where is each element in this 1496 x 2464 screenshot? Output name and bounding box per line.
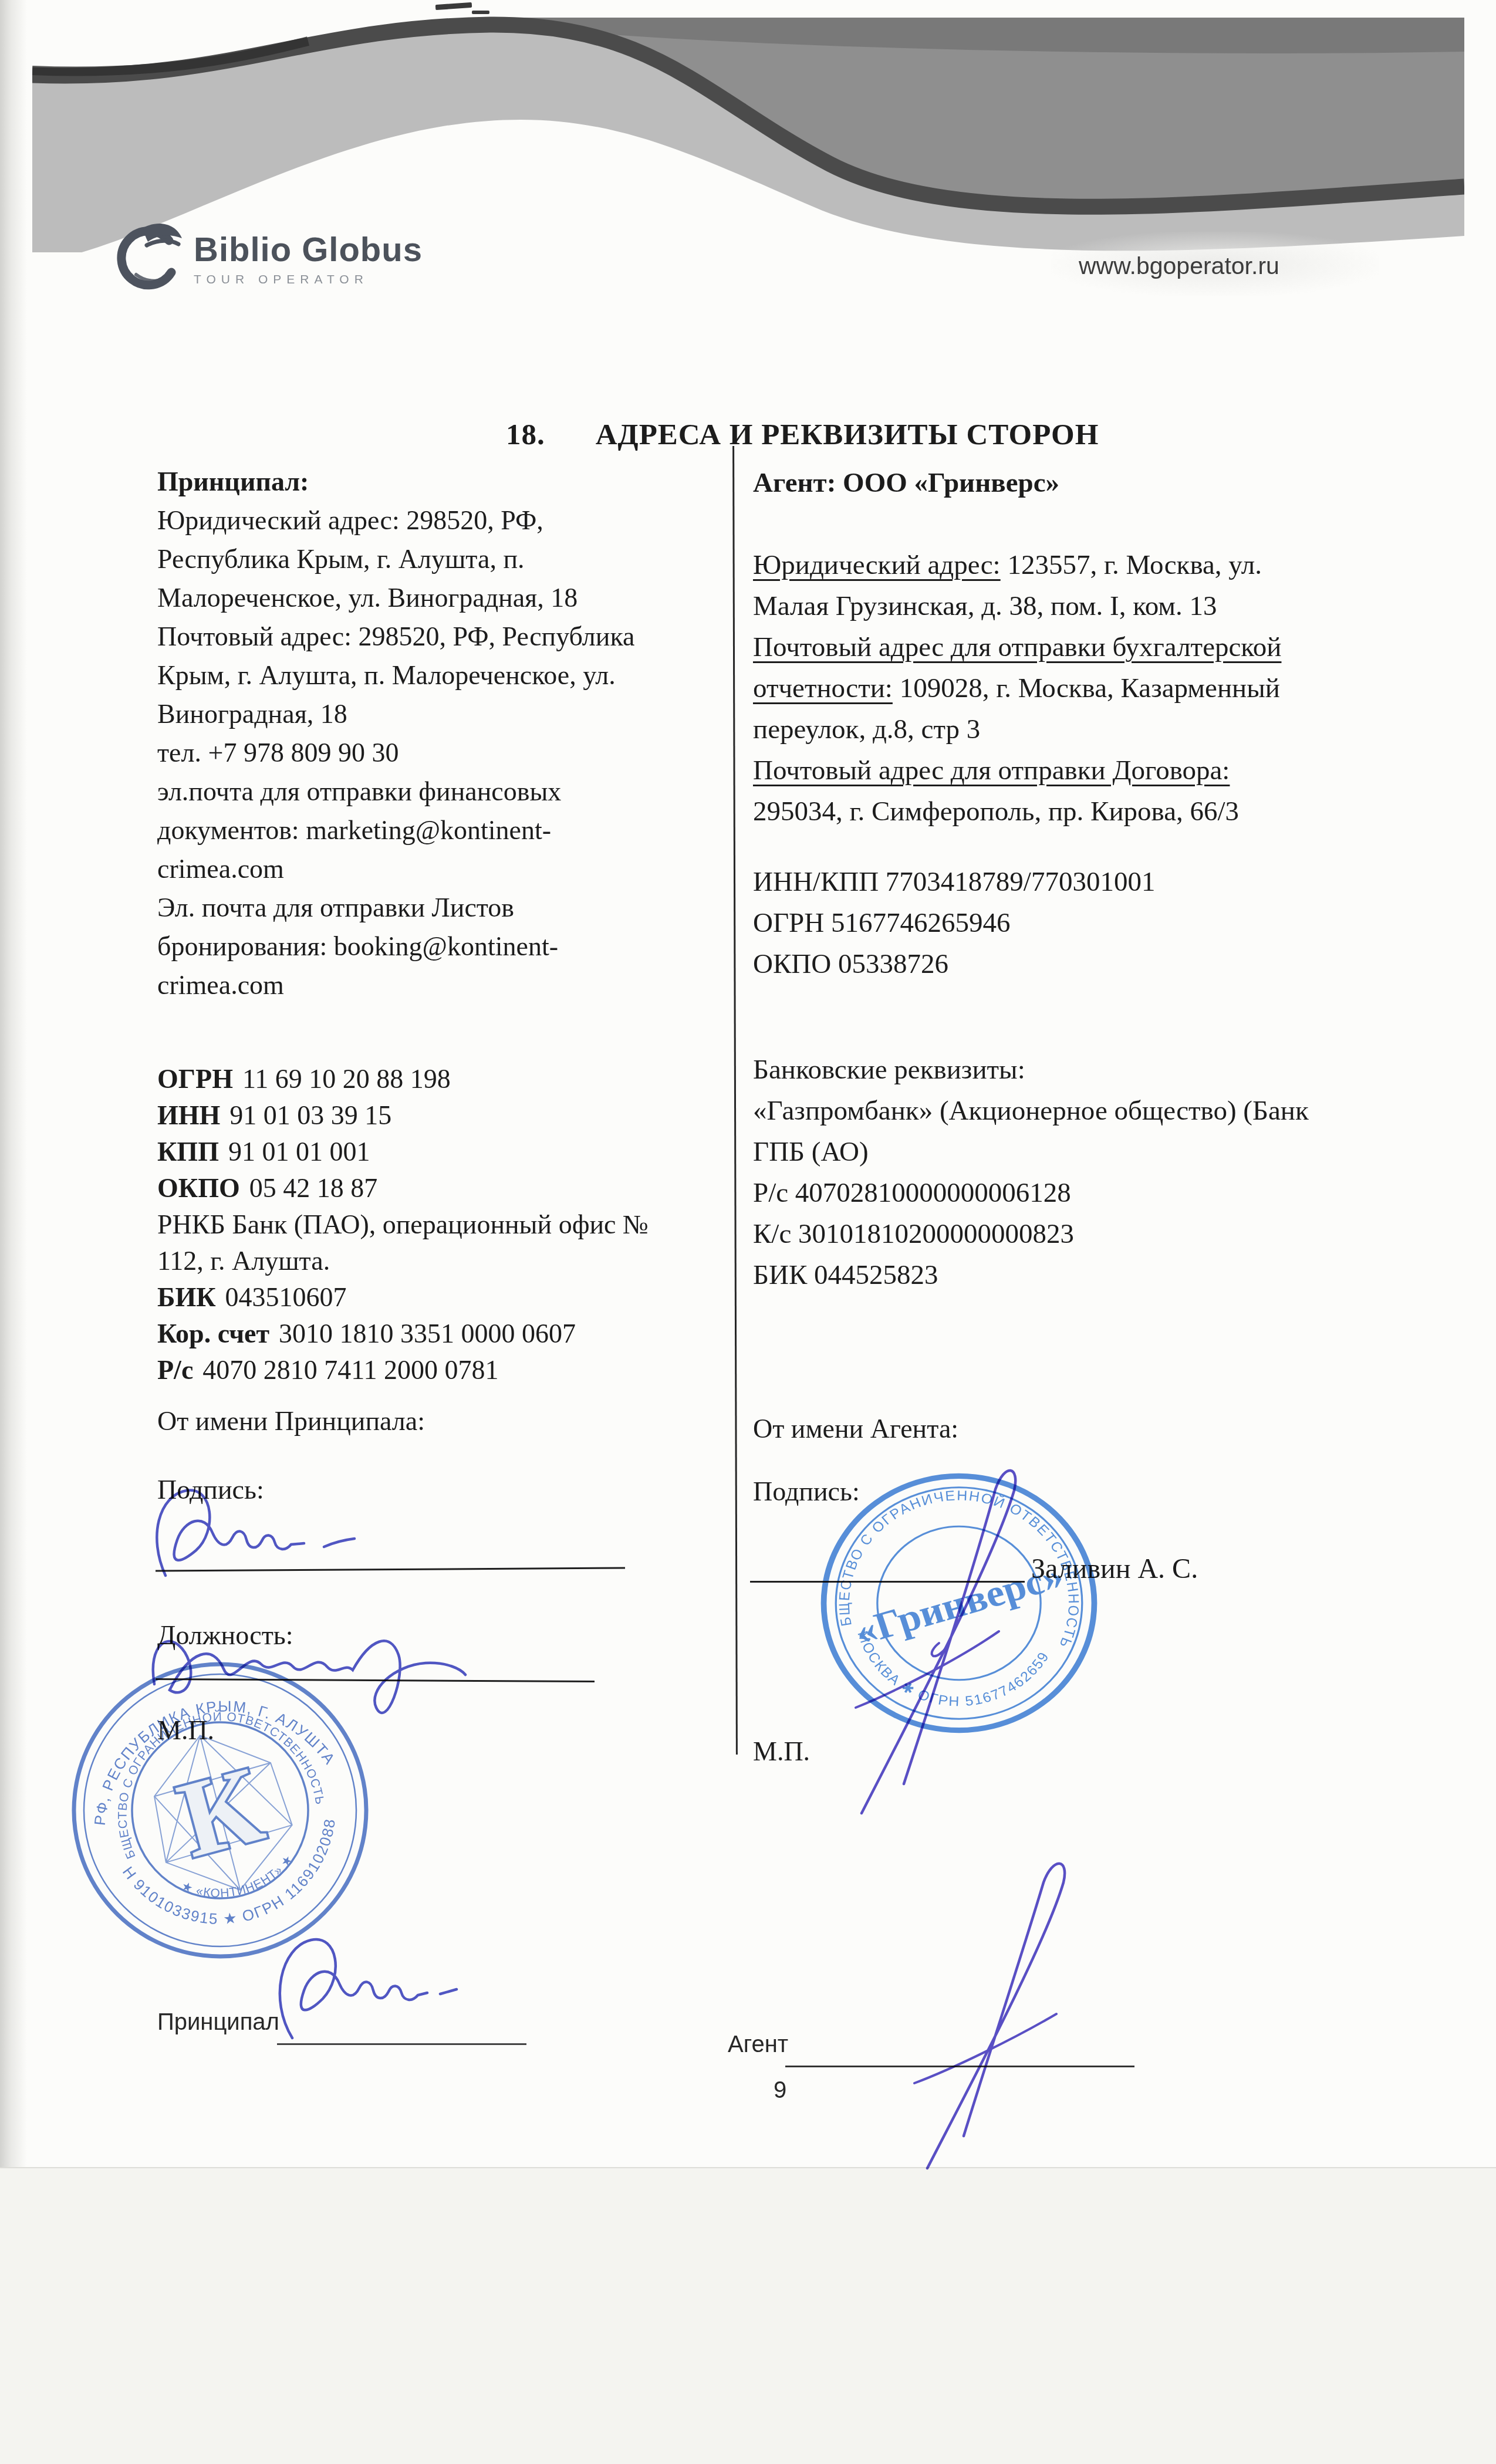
principal-address-line: crimea.com <box>157 966 735 1005</box>
section-heading: 18. АДРЕСА И РЕКВИЗИТЫ СТОРОН <box>506 418 1099 452</box>
agent-id-line: ИНН/КПП 7703418789/770301001 <box>753 861 1387 903</box>
agent-address-line: Почтовый адрес для отправки Договора: <box>753 750 1387 791</box>
agent-from-label: От имени Агента: <box>753 1413 958 1444</box>
agent-bank-line: Банковские реквизиты: <box>753 1049 1387 1090</box>
principal-address-line: Почтовый адрес: 298520, РФ, Республика <box>157 617 735 656</box>
principal-registry-line: Кор. счет3010 1810 3351 0000 0607 <box>157 1316 735 1352</box>
principal-from-label: От имени Принципала: <box>157 1405 425 1437</box>
agent-bank-line: «Газпромбанк» (Акционерное общество) (Ба… <box>753 1090 1387 1131</box>
agent-address-line: Юридический адрес: 123557, г. Москва, ул… <box>753 545 1387 586</box>
agent-bottom-label: Агент <box>728 2032 788 2058</box>
principal-column: Принципал: Юридический адрес: 298520, РФ… <box>157 462 735 1388</box>
principal-registry-line: ОГРН11 69 10 20 88 198 <box>157 1061 735 1097</box>
principal-title: Принципал: <box>157 462 735 501</box>
principal-address-line: crimea.com <box>157 850 735 888</box>
agent-id-line: ОКПО 05338726 <box>753 944 1387 985</box>
page-number: 9 <box>774 2077 786 2104</box>
principal-registry-line: РНКБ Банк (ПАО), операционный офис № <box>157 1206 735 1243</box>
agent-title: Агент: ООО «Гринверс» <box>753 462 1387 503</box>
principal-registry-line: ИНН91 01 03 39 15 <box>157 1097 735 1134</box>
principal-address-line: Крым, г. Алушта, п. Малореченское, ул. <box>157 656 735 695</box>
principal-signature-handwriting <box>148 1479 389 1596</box>
principal-registry-line: ОКПО05 42 18 87 <box>157 1170 735 1206</box>
agent-column: Агент: ООО «Гринверс» Юридический адрес:… <box>753 462 1387 1296</box>
principal-registry-line: 112, г. Алушта. <box>157 1243 735 1279</box>
agent-id-line: ОГРН 5167746265946 <box>753 903 1387 944</box>
principal-address-line: Малореченское, ул. Виноградная, 18 <box>157 579 735 617</box>
logo-tagline: TOUR OPERATOR <box>194 273 423 287</box>
principal-address-line: Виноградная, 18 <box>157 695 735 734</box>
agent-bank-line: БИК 044525823 <box>753 1255 1387 1296</box>
principal-address-line: эл.почта для отправки финансовых <box>157 772 735 811</box>
agent-signature-handwriting <box>845 1449 1068 1837</box>
header-wave-graphic <box>32 0 1464 252</box>
agent-address-line: Почтовый адрес для отправки бухгалтерско… <box>753 627 1387 668</box>
site-url: www.bgoperator.ru <box>1079 252 1279 280</box>
principal-bottom-signature <box>257 1906 462 2059</box>
principal-address-line: Эл. почта для отправки Листов <box>157 888 735 927</box>
agent-bank-line: К/с 30101810200000000823 <box>753 1214 1387 1255</box>
agent-bottom-signature <box>886 1848 1109 2189</box>
principal-registry-line: БИК043510607 <box>157 1279 735 1316</box>
agent-bank-line: Р/с 40702810000000006128 <box>753 1172 1387 1214</box>
agent-address-line: переулок, д.8, стр 3 <box>753 709 1387 750</box>
principal-address-line: Юридический адрес: 298520, РФ, <box>157 501 735 540</box>
scanned-document-page: Biblio Globus TOUR OPERATOR www.bgoperat… <box>0 0 1496 2464</box>
principal-registry-line: КПП91 01 01 001 <box>157 1134 735 1170</box>
scan-bottom-area <box>0 2167 1496 2464</box>
principal-address-line: бронирования: booking@kontinent- <box>157 927 735 966</box>
biblio-globus-logo-icon <box>113 218 186 300</box>
agent-address-line: отчетности: 109028, г. Москва, Казарменн… <box>753 668 1387 709</box>
section-title: АДРЕСА И РЕКВИЗИТЫ СТОРОН <box>596 418 1099 452</box>
principal-registry-line: Р/с4070 2810 7411 2000 0781 <box>157 1352 735 1388</box>
principal-address-line: тел. +7 978 809 90 30 <box>157 734 735 772</box>
scan-edge-shadow <box>0 0 27 2168</box>
agent-seal-label: М.П. <box>753 1736 810 1767</box>
agent-bank-line: ГПБ (АО) <box>753 1131 1387 1172</box>
principal-address-line: Республика Крым, г. Алушта, п. <box>157 540 735 579</box>
section-number: 18. <box>506 418 545 452</box>
stamp-monogram: К <box>167 1744 275 1881</box>
logo-name: Biblio Globus <box>194 230 423 269</box>
principal-address-line: документов: marketing@kontinent- <box>157 811 735 850</box>
logo-block: Biblio Globus TOUR OPERATOR <box>194 230 423 287</box>
agent-address-line: Малая Грузинская, д. 38, пом. I, ком. 13 <box>753 586 1387 627</box>
agent-address-line: 295034, г. Симферополь, пр. Кирова, 66/3 <box>753 791 1387 832</box>
